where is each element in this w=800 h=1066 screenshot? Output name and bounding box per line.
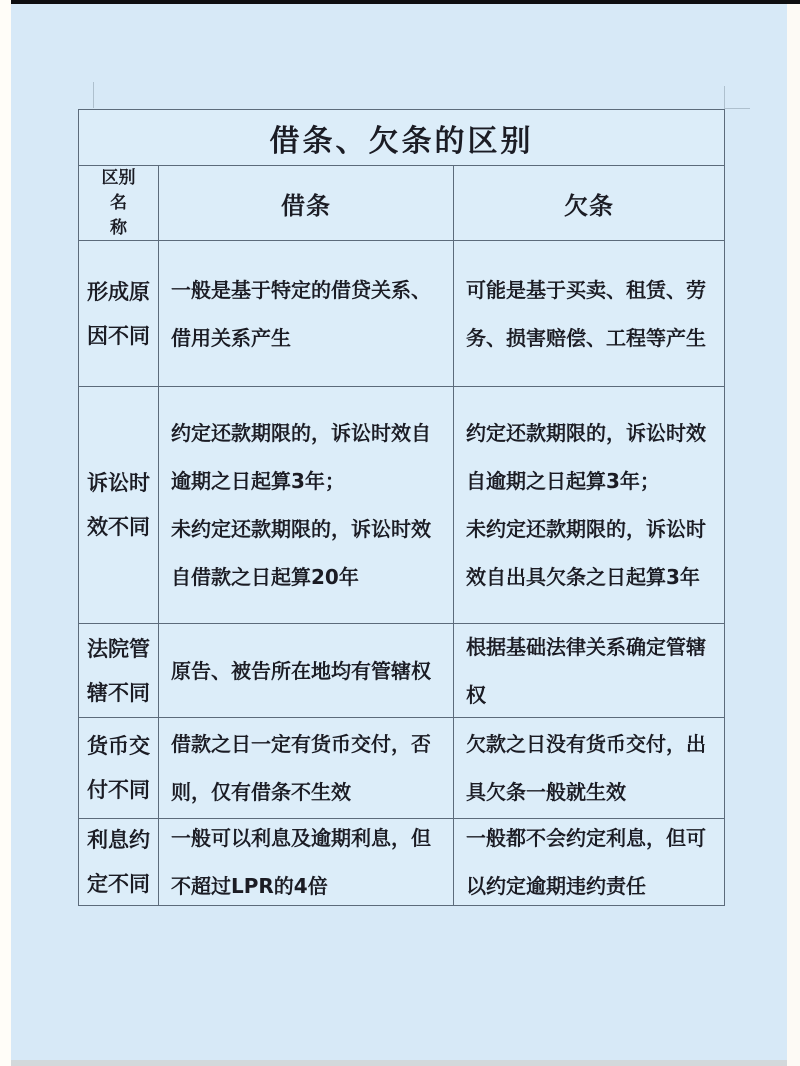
crop-mark-top-right-vertical	[724, 86, 725, 108]
top-edge-bar	[8, 0, 800, 4]
cell-money-delivery-qiantiao: 欠款之日没有货币交付，出具欠条一般就生效	[454, 718, 725, 819]
right-edge-strip	[787, 4, 800, 1066]
cell-limitation-period-jietiao: 约定还款期限的，诉讼时效自逾期之日起算3年； 未约定还款期限的，诉讼时效自借款之…	[159, 387, 454, 624]
header-cell-qiantiao: 欠条	[454, 166, 725, 241]
cell-court-jurisdiction-jietiao: 原告、被告所在地均有管辖权	[159, 624, 454, 718]
header-cell-jietiao: 借条	[159, 166, 454, 241]
row-label-formation-cause: 形成原 因不同	[79, 241, 159, 387]
cell-interest-agreement-qiantiao: 一般都不会约定利息，但可以约定逾期违约责任	[454, 819, 725, 906]
cell-formation-cause-qiantiao: 可能是基于买卖、租赁、劳务、损害赔偿、工程等产生	[454, 241, 725, 387]
cell-money-delivery-jietiao: 借款之日一定有货币交付，否则，仅有借条不生效	[159, 718, 454, 819]
cell-limitation-period-qiantiao: 约定还款期限的，诉讼时效自逾期之日起算3年； 未约定还款期限的，诉讼时效自出具欠…	[454, 387, 725, 624]
table-title: 借条、欠条的区别	[79, 110, 725, 166]
crop-mark-top-left	[93, 82, 94, 108]
cell-interest-agreement-jietiao: 一般可以利息及逾期利息，但不超过LPR的4倍	[159, 819, 454, 906]
row-label-interest-agreement: 利息约 定不同	[79, 819, 159, 906]
row-label-money-delivery: 货币交 付不同	[79, 718, 159, 819]
crop-mark-top-right-horizontal	[724, 108, 750, 109]
cell-court-jurisdiction-qiantiao: 根据基础法律关系确定管辖权	[454, 624, 725, 718]
bottom-edge-bar	[11, 1060, 787, 1066]
left-edge-strip	[0, 0, 11, 1066]
cell-formation-cause-jietiao: 一般是基于特定的借贷关系、借用关系产生	[159, 241, 454, 387]
row-label-limitation-period: 诉讼时 效不同	[79, 387, 159, 624]
comparison-table: 借条、欠条的区别 区别 名 称 借条 欠条 形成原 因不同 一般是基于特定的借贷…	[78, 109, 725, 906]
row-label-court-jurisdiction: 法院管 辖不同	[79, 624, 159, 718]
header-cell-category: 区别 名 称	[79, 166, 159, 241]
page-background: 借条、欠条的区别 区别 名 称 借条 欠条 形成原 因不同 一般是基于特定的借贷…	[0, 0, 800, 1066]
